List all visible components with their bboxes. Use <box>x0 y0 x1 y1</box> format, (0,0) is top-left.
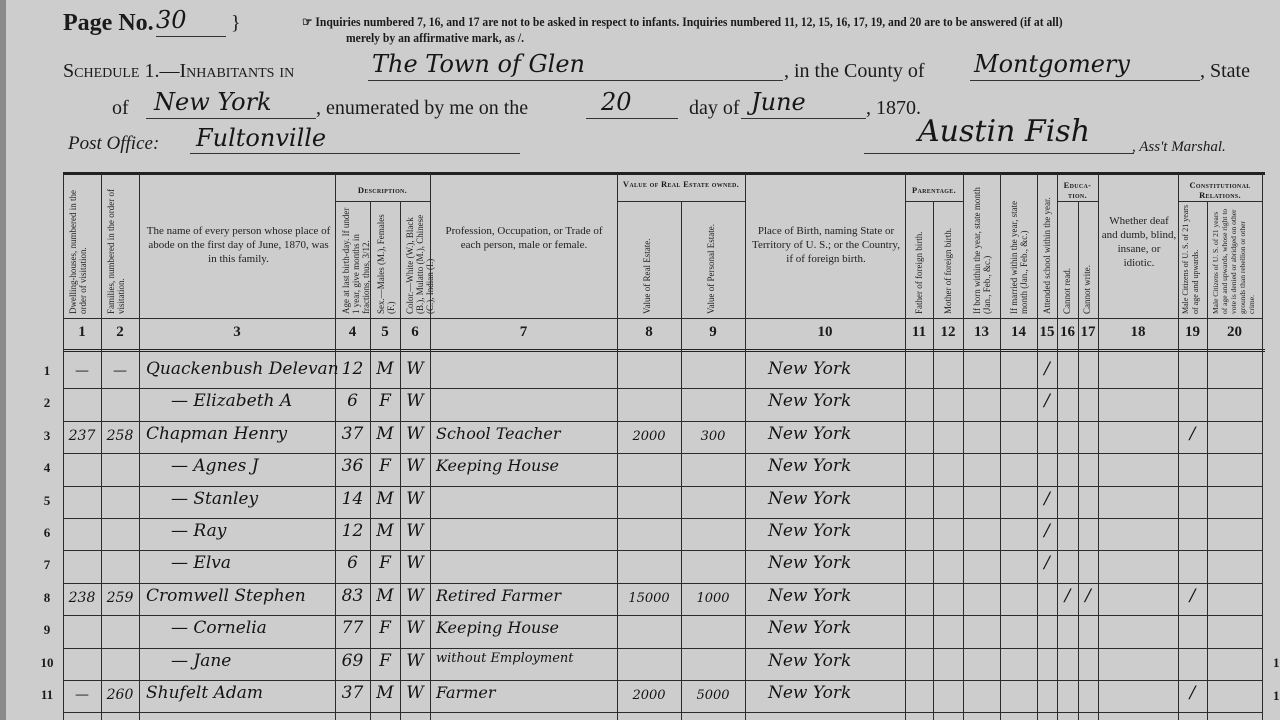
marshal-signature: Austin Fish <box>918 114 1090 149</box>
color: W <box>400 456 430 476</box>
person-name: — Elizabeth A <box>171 391 341 411</box>
real-estate-value: 15000 <box>617 591 681 606</box>
sex: M <box>370 683 400 703</box>
age: 37 <box>335 424 370 444</box>
underline <box>190 153 520 154</box>
real-estate-value: 2000 <box>617 429 681 444</box>
underline <box>970 80 1200 81</box>
month-value: June <box>751 88 806 116</box>
group-parentage: Parentage. <box>905 185 963 195</box>
age: 77 <box>335 618 370 638</box>
table-row: — Cornelia77FWKeeping HouseNew York <box>6 616 1266 648</box>
col-number: 9 <box>681 324 745 341</box>
age: 14 <box>335 489 370 509</box>
birthplace: New York <box>768 489 928 509</box>
schedule-label: Schedule 1.—Inhabitants in <box>63 60 294 83</box>
birthplace: New York <box>768 553 928 573</box>
person-name: — Agnes J <box>171 456 341 476</box>
color: W <box>400 651 430 671</box>
county-label: , in the County of <box>784 60 925 83</box>
instructions-notice-line2: merely by an affirmative mark, as /. <box>346 31 524 46</box>
sex: F <box>370 651 400 671</box>
family-number: 259 <box>101 590 139 606</box>
col1-header: Dwelling-houses, numbered in the order o… <box>68 179 88 314</box>
year-label: , 1870. <box>866 97 921 120</box>
group-divider <box>617 201 745 202</box>
sex: M <box>370 359 400 379</box>
birthplace: New York <box>768 359 928 379</box>
birthplace: New York <box>768 683 928 703</box>
post-office-label: Post Office: <box>68 133 159 155</box>
citizen-mark: / <box>1178 586 1207 606</box>
town-value: The Town of Glen <box>372 50 585 78</box>
color: W <box>400 391 430 411</box>
day-value: 20 <box>601 88 632 116</box>
col7-header: Profession, Occupation, or Trade of each… <box>436 224 612 252</box>
col-number: 20 <box>1207 324 1262 341</box>
cannot-write-mark: / <box>1078 586 1098 606</box>
table-row: — Jane69FWwithout EmploymentNew York <box>6 649 1266 681</box>
sex: M <box>370 521 400 541</box>
sex: M <box>370 424 400 444</box>
age: 37 <box>335 683 370 703</box>
personal-estate-value: 300 <box>681 429 745 444</box>
birthplace: New York <box>768 651 928 671</box>
color: W <box>400 489 430 509</box>
col-number: 13 <box>963 324 1000 341</box>
sex: F <box>370 391 400 411</box>
of-label: of <box>112 97 129 120</box>
age: 6 <box>335 553 370 573</box>
col-number: 10 <box>745 324 905 341</box>
group-value: Value of Real Estate owned. <box>617 179 745 189</box>
state-label: , State <box>1200 60 1250 83</box>
age: 69 <box>335 651 370 671</box>
occupation: Keeping House <box>436 618 616 637</box>
margin-number: 1 <box>1273 688 1280 704</box>
citizen-mark: / <box>1178 683 1207 703</box>
col16-header: Cannot read. <box>1062 204 1072 314</box>
birthplace: New York <box>768 586 928 606</box>
margin-number: 10 <box>1273 655 1280 671</box>
col15-header: Attended school within the year. <box>1042 178 1052 314</box>
sex: M <box>370 489 400 509</box>
person-name: — Cornelia <box>171 618 341 638</box>
col13-header: If born within the year, state month (Ja… <box>972 178 992 314</box>
color: W <box>400 521 430 541</box>
table-row: — Ray12MWNew York/ <box>6 519 1266 551</box>
col19-header: Male Citizens of U. S. of 21 years of ag… <box>1181 204 1201 314</box>
col-number: 17 <box>1078 324 1098 341</box>
table-row: ——Quackenbush Delevan12MWNew York/ <box>6 357 1266 389</box>
sex: F <box>370 456 400 476</box>
col9-header: Value of Personal Estate. <box>706 204 716 314</box>
col6-header: Color.—White (W.), Black (B.), Mulatto (… <box>405 204 435 314</box>
group-description: Description. <box>335 185 430 195</box>
group-divider <box>905 201 963 202</box>
occupation: Farmer <box>436 683 616 702</box>
personal-estate-value: 1000 <box>681 591 745 606</box>
dwelling-number: — <box>63 363 101 379</box>
person-name: — Jane <box>171 651 341 671</box>
col-number: 18 <box>1098 324 1178 341</box>
birthplace: New York <box>768 391 928 411</box>
number-row-divider <box>63 318 1262 319</box>
table-row: — Elizabeth A6FWNew York/ <box>6 389 1266 421</box>
person-name: Cromwell Stephen <box>146 586 336 606</box>
col-number: 14 <box>1000 324 1037 341</box>
col-number: 3 <box>139 324 335 341</box>
attended-school-mark: / <box>1037 489 1057 509</box>
attended-school-mark: / <box>1037 359 1057 379</box>
table-top-border <box>63 172 1265 175</box>
color: W <box>400 683 430 703</box>
col18-header: Whether deaf and dumb, blind, insane, or… <box>1101 214 1177 270</box>
color: W <box>400 424 430 444</box>
col-number: 2 <box>101 324 139 341</box>
color: W <box>400 359 430 379</box>
col-number: 1 <box>63 324 101 341</box>
age: 36 <box>335 456 370 476</box>
group-divider <box>1178 201 1262 202</box>
col12-header: Mother of foreign birth. <box>943 204 953 314</box>
col-number: 12 <box>933 324 963 341</box>
attended-school-mark: / <box>1037 553 1057 573</box>
age: 83 <box>335 586 370 606</box>
color: W <box>400 553 430 573</box>
page-number-label: Page No. <box>63 10 154 37</box>
marshal-label: , Ass't Marshal. <box>1132 139 1226 156</box>
day-of-label: day of <box>689 97 740 120</box>
col4-header: Age at last birth-day. If under 1 year, … <box>341 204 371 314</box>
dwelling-number: 237 <box>63 428 101 444</box>
group-divider <box>1057 201 1098 202</box>
group-divider <box>335 201 430 202</box>
occupation: School Teacher <box>436 424 616 443</box>
col-number: 19 <box>1178 324 1207 341</box>
col-number: 7 <box>430 324 617 341</box>
underline <box>864 153 1134 154</box>
col-number: 8 <box>617 324 681 341</box>
age: 6 <box>335 391 370 411</box>
person-name: — Stanley <box>171 489 341 509</box>
brace: } <box>231 12 241 35</box>
real-estate-value: 2000 <box>617 688 681 703</box>
col-number: 11 <box>905 324 933 341</box>
occupation: without Employment <box>436 651 616 666</box>
col17-header: Cannot write. <box>1082 204 1092 314</box>
dwelling-number: 238 <box>63 590 101 606</box>
state-value: New York <box>154 88 272 116</box>
col10-header: Place of Birth, naming State or Territor… <box>750 224 902 266</box>
table-row: 238259Cromwell Stephen83MWRetired Farmer… <box>6 584 1266 616</box>
personal-estate-value: 5000 <box>681 688 745 703</box>
col5-header: Sex.—Males (M.), Females (F.) <box>376 204 396 314</box>
person-name: Quackenbush Delevan <box>146 359 336 379</box>
col11-header: Father of foreign birth. <box>914 204 924 314</box>
dwelling-number: — <box>63 687 101 703</box>
col-number: 4 <box>335 324 370 341</box>
attended-school-mark: / <box>1037 391 1057 411</box>
enumerated-label: , enumerated by me on the <box>316 97 528 120</box>
table-row: 237258Chapman Henry37MWSchool Teacher200… <box>6 422 1266 454</box>
family-number: 258 <box>101 428 139 444</box>
group-constitutional: Constitutional Relations. <box>1178 180 1262 200</box>
age: 12 <box>335 359 370 379</box>
sex: M <box>370 586 400 606</box>
instructions-notice: ☞ Inquiries numbered 7, 16, and 17 are n… <box>302 14 1063 30</box>
family-number: 260 <box>101 687 139 703</box>
birthplace: New York <box>768 456 928 476</box>
attended-school-mark: / <box>1037 521 1057 541</box>
table-row: — Agnes J36FWKeeping HouseNew York <box>6 454 1266 486</box>
header-body-divider <box>63 349 1265 355</box>
col-number: 5 <box>370 324 400 341</box>
occupation: Keeping House <box>436 456 616 475</box>
person-name: — Elva <box>171 553 341 573</box>
person-name: — Ray <box>171 521 341 541</box>
age: 12 <box>335 521 370 541</box>
col20-header: Male Citizens of U. S. of 21 years of ag… <box>1211 204 1256 314</box>
page-number-value: 30 <box>156 6 187 34</box>
birthplace: New York <box>768 618 928 638</box>
birthplace: New York <box>768 521 928 541</box>
col-number: 16 <box>1057 324 1078 341</box>
col8-header: Value of Real Estate. <box>642 204 652 314</box>
sex: F <box>370 618 400 638</box>
col-number: 15 <box>1037 324 1057 341</box>
underline <box>741 118 866 119</box>
post-office-value: Fultonville <box>196 124 326 152</box>
table-row: —260Shufelt Adam37MWFarmer20005000New Yo… <box>6 681 1266 713</box>
table-row: — Elva6FWNew York/ <box>6 551 1266 583</box>
underline <box>146 118 316 119</box>
person-name: Shufelt Adam <box>146 683 336 703</box>
cannot-read-mark: / <box>1057 586 1078 606</box>
col2-header: Families, numbered in the order of visit… <box>106 179 126 314</box>
underline <box>586 118 678 119</box>
underline <box>368 80 783 81</box>
census-page: Page No. 30 } ☞ Inquiries numbered 7, 16… <box>6 0 1280 720</box>
person-name: Chapman Henry <box>146 424 336 444</box>
color: W <box>400 618 430 638</box>
birthplace: New York <box>768 424 928 444</box>
family-number: — <box>101 363 139 379</box>
underline <box>156 36 226 37</box>
citizen-mark: / <box>1178 424 1207 444</box>
sex: F <box>370 553 400 573</box>
occupation: Retired Farmer <box>436 586 616 605</box>
color: W <box>400 586 430 606</box>
col3-header: The name of every person whose place of … <box>146 224 331 266</box>
table-row: — Stanley14MWNew York/ <box>6 487 1266 519</box>
col14-header: If married within the year, state month … <box>1009 178 1029 314</box>
col-number: 6 <box>400 324 430 341</box>
county-value: Montgomery <box>974 50 1130 78</box>
group-education: Educa-tion. <box>1057 180 1098 200</box>
